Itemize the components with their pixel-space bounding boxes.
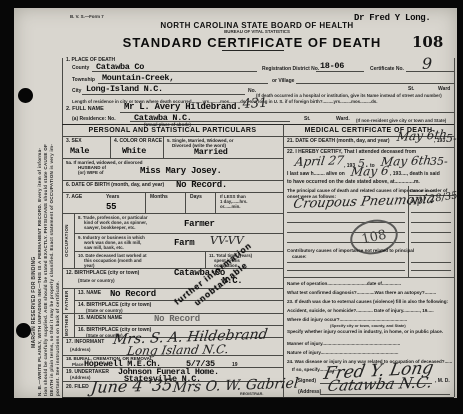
margin-nb-line: DEATH in plain terms, so that it may be … <box>49 14 54 396</box>
manner-of-injury-line: Manner of injury........................… <box>287 341 400 347</box>
city-label: City <box>72 88 81 94</box>
birthplace-state-note: (State or country) <box>78 278 115 283</box>
district-value: 18-06 <box>320 61 344 71</box>
filed-date-value: June 4 '35 <box>90 375 174 397</box>
rule-line <box>110 136 111 158</box>
rule-line <box>82 94 245 95</box>
if-less-label-3: or......min. <box>220 204 241 209</box>
rule-line <box>215 192 216 213</box>
certificate-printed-number: 108 <box>412 33 443 51</box>
age-years-value: 55 <box>106 202 116 212</box>
external-causes-line: 23. If death was due to external causes … <box>287 299 448 305</box>
rule-line <box>92 71 257 72</box>
occupation-side-label: OCCUPATION <box>64 215 69 267</box>
death-certificate-scan: MARGIN RESERVED FOR BINDING N. B.—WRITE … <box>0 0 463 414</box>
undertaker-address-note: (Address) <box>70 375 91 380</box>
last-saw-date: May 6 <box>350 164 390 179</box>
county-label: County <box>72 65 89 71</box>
rule-line <box>62 136 454 137</box>
rule-line <box>411 232 451 233</box>
race-label: 4. COLOR OR RACE <box>114 138 162 144</box>
rule-line <box>316 71 364 72</box>
ward-label: Ward <box>438 86 450 92</box>
rule-line <box>411 262 451 263</box>
signed-label: (Signed) <box>296 378 316 384</box>
informant-address-note: (Address) <box>70 347 91 352</box>
days-label: Days <box>190 194 202 200</box>
father-side-label: FATHER <box>64 289 69 312</box>
rule-line <box>74 325 283 326</box>
spouse-value: Miss Mary Josey. <box>140 166 222 176</box>
mother-side-label: MOTHER <box>64 314 69 337</box>
filed-label: 20. FILED <box>66 384 89 390</box>
rule-line <box>411 222 451 223</box>
trade-label-3: sawyer, bookkeeper, etc. <box>84 225 136 230</box>
rule-line <box>283 124 284 397</box>
registrar-signature: Mrs O. W. Gabriel <box>172 376 299 396</box>
sex-value: Male <box>70 146 89 156</box>
rule-line <box>205 251 206 268</box>
to-year-written: 35- <box>430 155 448 168</box>
township-value: Mountain-Creek, <box>102 73 174 83</box>
margin-nb-line: tion should be carefully supplied. AGE s… <box>43 14 48 396</box>
nonresident-note: (If non-resident give city or town and S… <box>356 118 446 123</box>
rule-line <box>62 58 63 397</box>
registrar-label: REGISTRAR. <box>240 392 263 396</box>
township-label: Township <box>72 77 95 83</box>
test-line: What test confirmed diagnosis?..........… <box>287 290 436 296</box>
industry-injury-line: Specify whether injury occurred in indus… <box>287 329 443 335</box>
attended-from-value: April 27 <box>294 153 345 169</box>
rule-line <box>222 50 284 51</box>
rule-line <box>62 192 283 193</box>
nature-of-injury-line: Nature of injury........................… <box>287 350 398 356</box>
md-label: , M. D. <box>435 378 450 384</box>
circled-number-value: 108 <box>360 227 387 247</box>
trade-value: Farmer <box>184 219 215 229</box>
date-of-death-label: 21. DATE OF DEATH (month, day, and year) <box>287 138 390 144</box>
accident-line: Accident, suicide, or homicide?.........… <box>287 308 434 314</box>
dod-year-written: 5- <box>446 132 457 145</box>
last-saw-line-1: I last saw h........ alive on <box>287 171 345 177</box>
form-number: B. V. S.—Form 7 <box>70 14 104 19</box>
wife-of-label: (or) WIFE of <box>78 170 104 175</box>
rule-line <box>163 136 164 158</box>
dob-value: No Record. <box>176 180 227 190</box>
physician-address: Catawba N.C. <box>326 373 434 395</box>
personal-section-header: PERSONAL AND STATISTICAL PARTICULARS <box>62 127 283 134</box>
rule-line <box>62 213 283 214</box>
sex-label: 3. SEX <box>66 138 82 144</box>
contributory-label-1: Contributory causes of importance not re… <box>287 248 414 254</box>
rule-line <box>411 212 451 213</box>
race-value: White <box>122 146 146 156</box>
cert-no-label: Certificate No. <box>370 66 404 72</box>
rule-line <box>62 397 454 398</box>
residence-st-label: St. <box>304 116 310 122</box>
rule-line <box>411 242 451 243</box>
mother-name-label: 15. MAIDEN NAME <box>78 315 122 321</box>
district-label: Registration District No. <box>262 66 319 72</box>
village-label: or Village <box>272 78 294 84</box>
rule-line <box>296 83 454 84</box>
rule-line <box>62 158 283 159</box>
where-injury-line: Where did injury occur?.................… <box>287 317 407 323</box>
dob-label: 6. DATE OF BIRTH (month, day, and year) <box>66 182 164 188</box>
where-injury-note: (Specify city or town, county, and State… <box>330 323 406 328</box>
last-saw-line-2: , 193...., death is said <box>390 171 440 177</box>
informant-label: 17. INFORMANT <box>66 339 104 345</box>
rule-line <box>287 270 405 271</box>
marital-value: Married <box>194 147 228 157</box>
father-name-value: No Record <box>110 289 156 299</box>
rule-line <box>62 180 283 181</box>
contributory-label-2: cause: <box>292 254 307 260</box>
industry-label-3: saw mill, bank, etc. <box>84 245 124 250</box>
rule-line <box>283 147 454 148</box>
rule-line <box>185 192 186 213</box>
city-value: Long-Island N.C. <box>86 84 163 94</box>
rule-line <box>320 394 450 395</box>
house-no-label: No. <box>248 88 256 94</box>
hospital-note: (If death occurred in a hospital or inst… <box>256 93 442 98</box>
father-name-label: 13. NAME <box>78 290 101 296</box>
punch-hole-icon <box>16 323 31 338</box>
margin-nb-line: portant. See instructions on back of cer… <box>55 14 60 396</box>
margin-nb-line: N. B.—WRITE PLAINLY, WITH UNFADING INK—T… <box>37 14 42 396</box>
rule-line <box>287 262 405 263</box>
industry-value: Farm <box>174 238 194 248</box>
rule-line <box>283 277 454 278</box>
birthplace-label: 12. BIRTHPLACE (city or town) <box>66 270 139 276</box>
rule-line <box>287 212 405 213</box>
street-label: St. <box>408 86 414 92</box>
years-label: Years <box>106 194 119 200</box>
months-label: Months <box>150 194 168 200</box>
last-saw-line-3: to have occurred on the date stated abov… <box>287 179 420 185</box>
rule-line <box>62 288 283 289</box>
certificate-paper: MARGIN RESERVED FOR BINDING N. B.—WRITE … <box>14 8 457 398</box>
full-name-value: Mr L. Avery Hildebrand. <box>124 102 241 112</box>
full-name-label: 2. FULL NAME <box>66 106 104 113</box>
dod-year-printed: , 193 <box>434 138 445 144</box>
rule-line <box>406 71 454 72</box>
full-name-written-number: 431 <box>242 96 268 112</box>
rule-line <box>145 192 146 213</box>
residence-label: (a) Residence: No. <box>72 116 116 122</box>
residence-ward-label: Ward. <box>336 116 350 122</box>
rule-line <box>62 124 454 125</box>
age-label: 7. AGE <box>66 194 82 200</box>
rule-line <box>411 270 451 271</box>
rule-line <box>74 213 75 268</box>
operation-line: Name of operation.......................… <box>287 281 401 287</box>
certificate-title: STANDARD CERTIFICATE OF DEATH <box>62 35 442 50</box>
address-label: (Address) <box>298 389 321 395</box>
rule-line <box>454 58 455 397</box>
bureau-title: BUREAU OF VITAL STATISTICS <box>62 29 452 34</box>
